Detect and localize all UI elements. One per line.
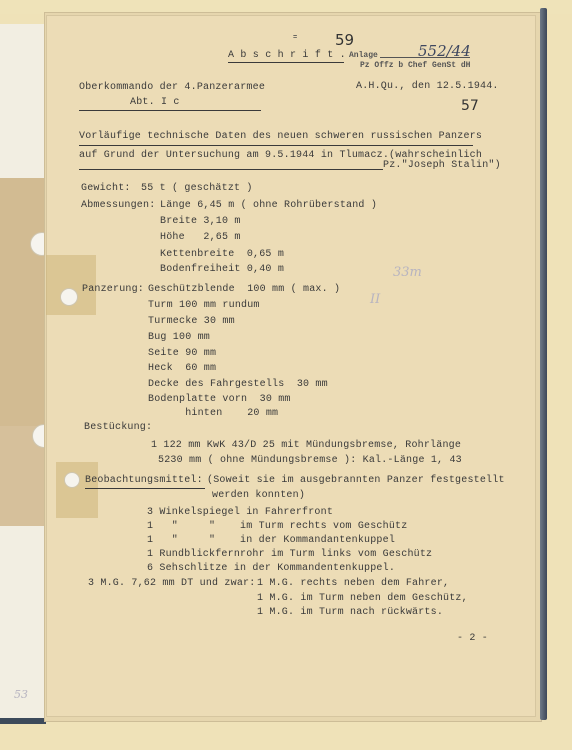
observation-item: 1 " " in der Kommandantenkuppel xyxy=(147,535,395,546)
page-marker: - 2 - xyxy=(457,633,488,644)
machine-guns-label: 3 M.G. 7,62 mm DT und zwar: xyxy=(88,578,255,589)
armor-item: Geschützblende 100 mm ( max. ) xyxy=(148,284,340,295)
place-date: A.H.Qu., den 12.5.1944. xyxy=(356,81,499,92)
armament-line-1: 1 122 mm KwK 43/D 25 mit Mündungsbremse,… xyxy=(151,440,461,451)
dimension-item: Höhe 2,65 m xyxy=(160,232,241,243)
observation-item: 6 Sehschlitze in der Kommandentenkuppel. xyxy=(147,563,395,574)
weight-label: Gewicht: xyxy=(81,183,131,194)
armor-label: Panzerung: xyxy=(82,284,144,295)
abschrift-title: A b s c h r i f t . xyxy=(228,50,346,61)
armor-item: Turm 100 mm rundum xyxy=(148,300,260,311)
observation-item: 3 Winkelspiegel in Fahrerfront xyxy=(147,507,333,518)
punch-hole-icon xyxy=(64,472,80,488)
folio-number-top: 59 xyxy=(335,31,354,49)
machine-gun-item: 1 M.G. im Turm nach rückwärts. xyxy=(257,607,443,618)
dimensions-label: Abmessungen: xyxy=(81,200,155,211)
pencil-roman-numeral: II xyxy=(370,292,380,307)
observation-note-1: (Soweit sie im ausgebrannten Panzer fest… xyxy=(207,475,505,486)
folio-number-right: 57 xyxy=(461,98,479,114)
armament-line-2: 5230 mm ( ohne Mündungsbremse ): Kal.-Lä… xyxy=(158,455,462,466)
stamp-mark: = xyxy=(293,34,297,42)
machine-gun-item: 1 M.G. im Turm neben dem Geschütz, xyxy=(257,593,468,604)
office-stamp: Pz Offz b Chef GenSt dH xyxy=(360,61,470,70)
observation-item: 1 Rundblickfernrohr im Turm links vom Ge… xyxy=(147,549,432,560)
observation-note-2: werden konnten) xyxy=(212,490,305,501)
dimension-item: Kettenbreite 0,65 m xyxy=(160,249,284,260)
pencil-margin-note: 33m xyxy=(393,265,422,280)
anlage-stamp: Anlage xyxy=(349,51,378,60)
armor-item: hinten 20 mm xyxy=(148,408,278,419)
binder-tape-strip xyxy=(0,178,46,426)
dimension-item: Bodenfreiheit 0,40 m xyxy=(160,264,284,275)
armor-item: Turmecke 30 mm xyxy=(148,316,235,327)
armor-item: Heck 60 mm xyxy=(148,363,216,374)
abschrift-underline xyxy=(228,62,344,63)
machine-gun-item: 1 M.G. rechts neben dem Fahrer, xyxy=(257,578,449,589)
punch-hole-icon xyxy=(60,288,78,306)
observation-item: 1 " " im Turm rechts vom Geschütz xyxy=(147,521,407,532)
subject-underline-2 xyxy=(79,169,383,170)
tape-patch xyxy=(56,462,98,518)
dimension-item: Breite 3,10 m xyxy=(160,216,241,227)
weight-value: 55 t ( geschätzt ) xyxy=(141,183,253,194)
subject-underline-1 xyxy=(79,145,473,146)
armor-item: Seite 90 mm xyxy=(148,348,216,359)
binder-page-number: 53 xyxy=(14,688,28,701)
sender-line-1: Oberkommando der 4.Panzerarmee xyxy=(79,82,265,93)
armor-item: Bug 100 mm xyxy=(148,332,210,343)
armor-item: Bodenplatte vorn 30 mm xyxy=(148,394,291,405)
dimension-item: Länge 6,45 m ( ohne Rohrüberstand ) xyxy=(160,200,377,211)
subject-line-3: Pz."Joseph Stalin") xyxy=(383,160,501,171)
binder-spine xyxy=(540,8,547,720)
subject-line-1: Vorläufige technische Daten des neuen sc… xyxy=(79,131,482,142)
anlage-underline xyxy=(380,57,470,58)
armament-label: Bestückung: xyxy=(84,422,152,433)
observation-label: Beobachtungsmittel: xyxy=(85,475,203,486)
observation-underline xyxy=(85,488,205,489)
sender-line-2: Abt. I c xyxy=(130,97,180,108)
armor-item: Decke des Fahrgestells 30 mm xyxy=(148,379,328,390)
binder-cover-edge xyxy=(0,718,46,724)
sender-underline xyxy=(79,110,261,111)
